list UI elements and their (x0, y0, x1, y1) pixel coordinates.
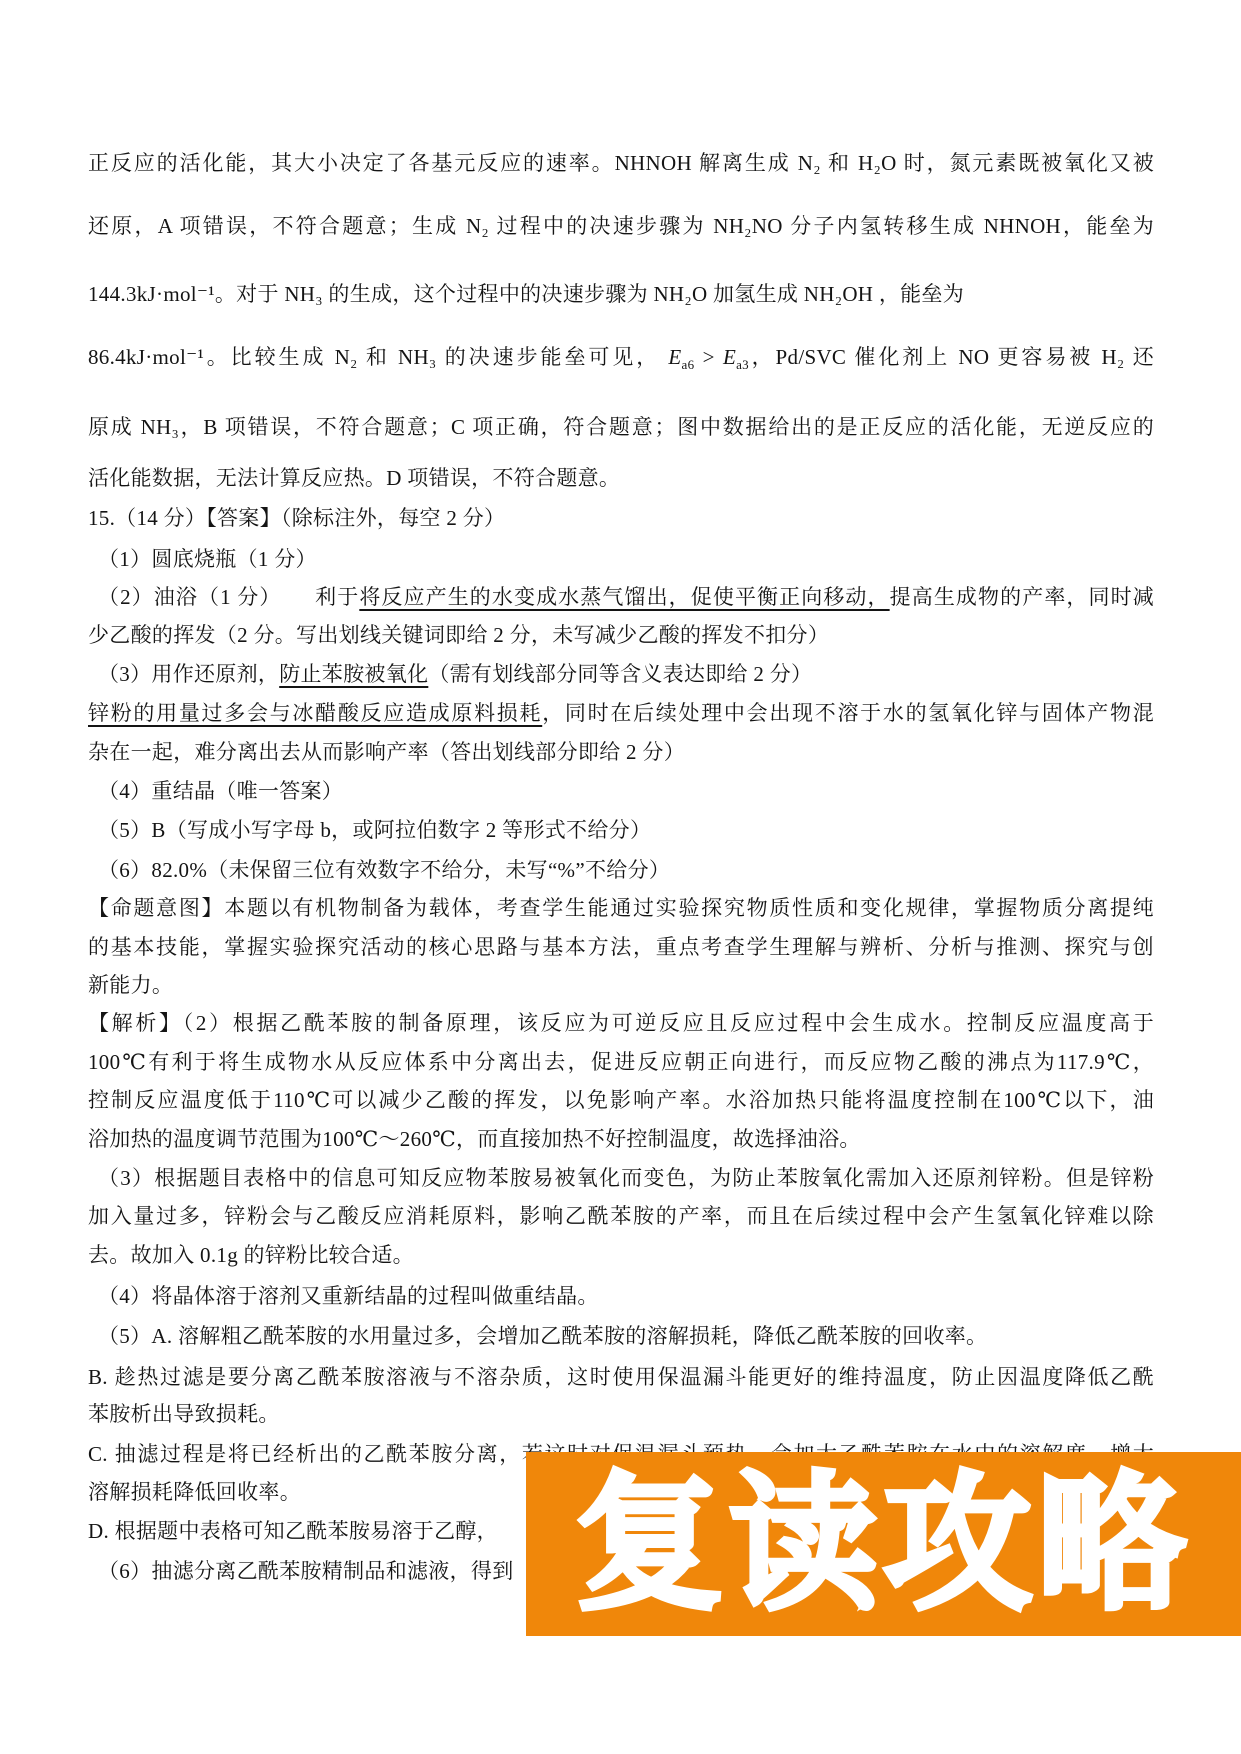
text-line: （3）根据题目表格中的信息可知反应物苯胺易被氧化而变色，为防止苯胺氧化需加入还原… (98, 1165, 1154, 1191)
text-line: （5）A. 溶解粗乙酰苯胺的水用量过多，会增加乙酰苯胺的溶解损耗，降低乙酰苯胺的… (98, 1323, 987, 1349)
answer-line-2: （2）油浴（1 分） 利于将反应产生的水变成水蒸气馏出，促使平衡正向移动，提高生… (98, 584, 1154, 610)
text-line: 锌粉的用量过多会与冰醋酸反应造成原料损耗，同时在后续处理中会出现不溶于水的氢氧化… (88, 700, 1154, 726)
text-line: 活化能数据，无法计算反应热。D 项错误，不符合题意。 (88, 465, 620, 491)
text-line: 新能力。 (88, 972, 173, 998)
answer-line-1: （1）圆底烧瓶（1 分） (98, 546, 317, 572)
text-line: 少乙酸的挥发（2 分。写出划线关键词即给 2 分，未写减少乙酸的挥发不扣分） (88, 622, 829, 648)
text-line: 杂在一起，难分离出去从而影响产率（答出划线部分即给 2 分） (88, 739, 685, 765)
answer-line-3: （3）用作还原剂，防止苯胺被氧化（需有划线部分同等含义表达即给 2 分） (98, 661, 812, 687)
text-line: 原成 NH₃，B 项错误，不符合题意；C 项正确，符合题意；图中数据给出的是正反… (88, 414, 1154, 440)
answer-line-5: （5）B（写成小写字母 b，或阿拉伯数字 2 等形式不给分） (98, 817, 651, 843)
intent-section: 【命题意图】本题以有机物制备为载体，考查学生能通过实验探究物质性质和变化规律，掌… (88, 895, 1154, 921)
text-line: 浴加热的温度调节范围为100℃～260℃，而直接加热不好控制温度，故选择油浴。 (88, 1126, 861, 1152)
text-line: （6）抽滤分离乙酰苯胺精制品和滤液，得到 (98, 1558, 514, 1584)
text-line: 的基本技能，掌握实验探究活动的核心思路与基本方法，重点考查学生理解与辨析、分析与… (88, 934, 1154, 960)
answer-line-6: （6）82.0%（未保留三位有效数字不给分，未写“%”不给分） (98, 857, 670, 883)
analysis-section: 【解析】（2）根据乙酰苯胺的制备原理，该反应为可逆反应且反应过程中会生成水。控制… (88, 1010, 1154, 1036)
text-line: 去。故加入 0.1g 的锌粉比较合适。 (88, 1242, 414, 1268)
text-line: 还原，A 项错误，不符合题意；生成 N₂ 过程中的决速步骤为 NH₂NO 分子内… (88, 213, 1154, 239)
text-line: D. 根据题中表格可知乙酰苯胺易溶于乙醇， (88, 1518, 498, 1544)
text-line: 100℃有利于将生成物水从反应体系中分离出去，促进反应朝正向进行，而反应物乙酸的… (88, 1049, 1154, 1075)
answer-line-4: （4）重结晶（唯一答案） (98, 778, 343, 804)
banner-overlay: 复读攻略 (526, 1452, 1241, 1636)
text-line: 144.3kJ·mol⁻¹。对于 NH₃ 的生成，这个过程中的决速步骤为 NH₂… (88, 281, 964, 307)
text-line: 溶解损耗降低回收率。 (88, 1479, 301, 1505)
text-line: 86.4kJ·mol⁻¹。比较生成 N₂ 和 NH₃ 的决速步能垒可见， Ea6… (88, 344, 1154, 370)
text-line: （4）将晶体溶于溶剂又重新结晶的过程叫做重结晶。 (98, 1283, 599, 1309)
question-15-header: 15.（14 分）【答案】（除标注外，每空 2 分） (88, 505, 505, 531)
text-line: B. 趁热过滤是要分离乙酰苯胺溶液与不溶杂质，这时使用保温漏斗能更好的维持温度，… (88, 1364, 1154, 1390)
text-line: 加入量过多，锌粉会与乙酸反应消耗原料，影响乙酰苯胺的产率，而且在后续过程中会产生… (88, 1203, 1154, 1229)
banner-text: 复读攻略 (576, 1470, 1192, 1618)
text-line: 正反应的活化能，其大小决定了各基元反应的速率。NHNOH 解离生成 N₂ 和 H… (88, 150, 1154, 176)
exam-answer-page: 正反应的活化能，其大小决定了各基元反应的速率。NHNOH 解离生成 N₂ 和 H… (0, 0, 1241, 1754)
text-line: 控制反应温度低于110℃可以减少乙酸的挥发，以免影响产率。水浴加热只能将温度控制… (88, 1087, 1154, 1113)
text-line: 苯胺析出导致损耗。 (88, 1401, 280, 1427)
